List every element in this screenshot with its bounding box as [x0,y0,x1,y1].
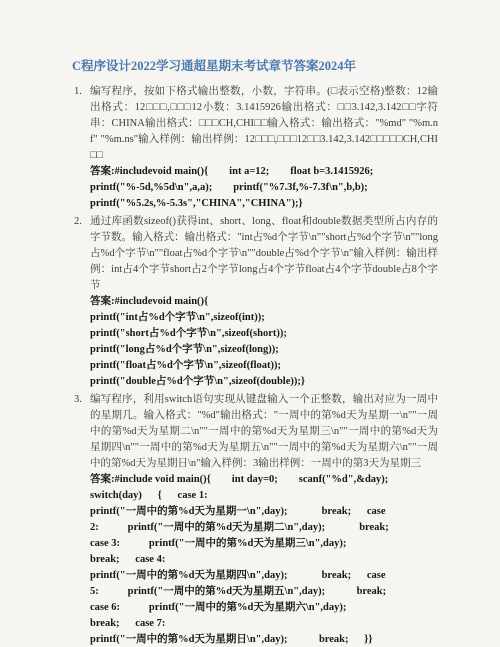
answer-text: 答案:#include void main(){ int day=0; scan… [90,472,438,647]
question-item: 3. 编写程序，利用switch语句实现从键盘输入一个正整数，输出对应为一周中的… [72,392,438,647]
answer-text: 答案:#includevoid main(){ printf("int占%d个字… [90,294,438,390]
answer-text: 答案:#includevoid main(){ int a=12; float … [90,164,438,212]
question-list: 1. 编写程序，按如下格式输出整数，小数，字符串。(□表示空格)整数：12输出格… [72,84,438,647]
document-page: C程序设计2022学习通超星期末考试章节答案2024年 1. 编写程序，按如下格… [0,0,500,647]
question-text: 通过库函数sizeof()获得int、short、long、float和doub… [90,214,438,294]
item-content: 通过库函数sizeof()获得int、short、long、float和doub… [90,214,438,390]
page-title: C程序设计2022学习通超星期末考试章节答案2024年 [72,58,438,75]
question-item: 2. 通过库函数sizeof()获得int、short、long、float和d… [72,214,438,390]
question-item: 1. 编写程序，按如下格式输出整数，小数，字符串。(□表示空格)整数：12输出格… [72,84,438,212]
item-number: 1. [72,84,90,212]
question-text: 编写程序，利用switch语句实现从键盘输入一个正整数，输出对应为一周中的星期几… [90,392,438,472]
item-content: 编写程序，利用switch语句实现从键盘输入一个正整数，输出对应为一周中的星期几… [90,392,438,647]
item-number: 3. [72,392,90,647]
item-number: 2. [72,214,90,390]
question-text: 编写程序，按如下格式输出整数，小数，字符串。(□表示空格)整数：12输出格式：1… [90,84,438,164]
item-content: 编写程序，按如下格式输出整数，小数，字符串。(□表示空格)整数：12输出格式：1… [90,84,438,212]
